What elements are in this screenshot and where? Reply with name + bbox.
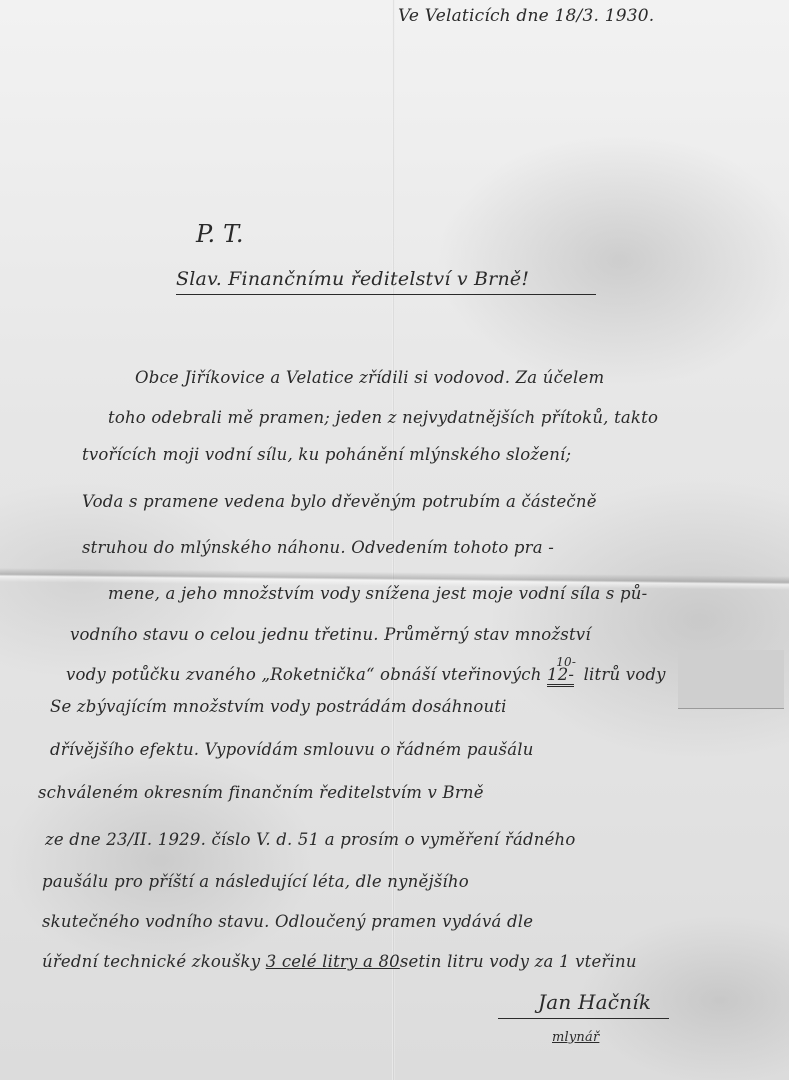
body-line: skutečného vodního stavu. Odloučený pram… xyxy=(42,912,533,931)
yield-value: 3 celé litry a 80 xyxy=(266,952,400,971)
pasted-correction-patch xyxy=(678,650,784,709)
body-line: Voda s pramene vedena bylo dřevěným potr… xyxy=(82,492,597,511)
body-line: tvořících moji vodní sílu, ku pohánění m… xyxy=(82,445,571,464)
body-line: Se zbývajícím množstvím vody postrádám d… xyxy=(50,697,507,716)
flow-unit: litrů vody xyxy=(584,665,666,684)
body-line: struhou do mlýnského náhonu. Odvedením t… xyxy=(82,538,554,557)
body-line: dřívějšího efektu. Vypovídám smlouvu o ř… xyxy=(50,740,534,759)
addressee: Slav. Finančnímu ředitelství v Brně! xyxy=(176,268,596,295)
body-line-flow: vody potůčku zvaného „Roketnička“ obnáší… xyxy=(66,665,666,684)
body-line: paušálu pro příští a následující léta, d… xyxy=(42,872,469,891)
dateline: Ve Velaticích dne 18/3. 1930. xyxy=(398,6,654,26)
body-line: Obce Jiříkovice a Velatice zřídili si vo… xyxy=(135,368,604,387)
body-line: vodního stavu o celou jednu třetinu. Prů… xyxy=(70,625,591,644)
flow-correction: 10- xyxy=(556,655,576,669)
signature: Jan Hačník xyxy=(498,990,669,1019)
body-line-yield: úřední technické zkoušky 3 celé litry a … xyxy=(42,952,637,971)
body-line: schváleném okresním finančním ředitelstv… xyxy=(38,783,484,802)
yield-rest: setin litru vody za 1 vteřinu xyxy=(400,952,637,971)
body-line: toho odebrali mě pramen; jeden z nejvyda… xyxy=(108,408,658,427)
body-line-text: vody potůčku zvaného „Roketnička“ obnáší… xyxy=(66,665,542,684)
occupation: mlynář xyxy=(552,1030,599,1045)
salutation: P. T. xyxy=(196,220,244,248)
body-line: mene, a jeho množstvím vody snížena jest… xyxy=(108,584,647,603)
body-line: ze dne 23/II. 1929. číslo V. d. 51 a pro… xyxy=(45,830,576,849)
body-line-text: úřední technické zkoušky xyxy=(42,952,260,971)
